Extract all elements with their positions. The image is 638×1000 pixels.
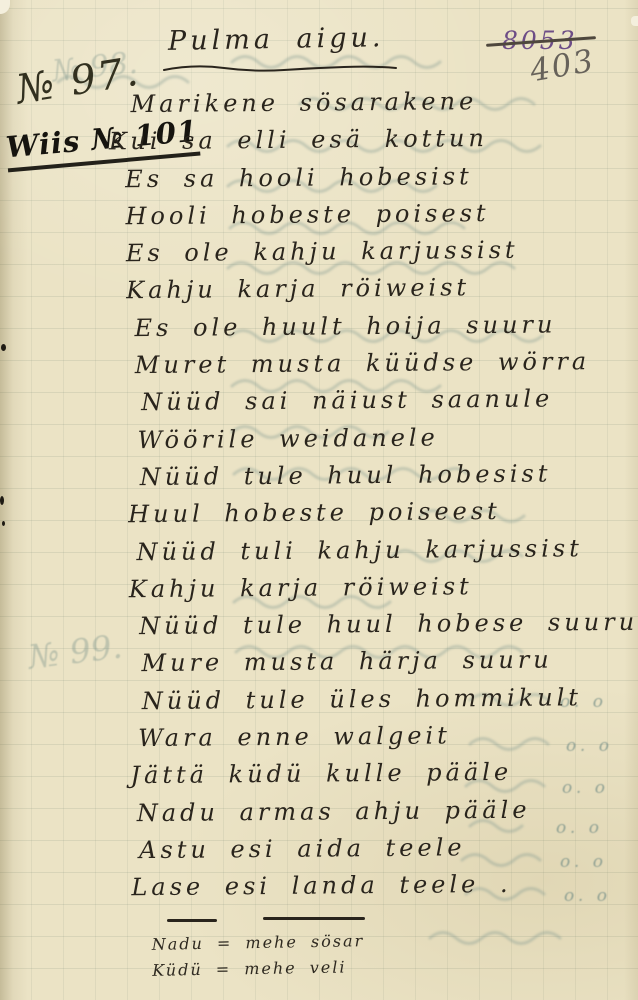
footnote-line: Nadu = mehe sösar bbox=[152, 928, 365, 958]
song-number: № 97. bbox=[13, 49, 143, 114]
poem-line: Nüüd tule huul hobese suuru bbox=[139, 604, 638, 646]
poem-line: Muret musta küüdse wörra bbox=[135, 343, 636, 385]
footnote-line: Küdü = mehe veli bbox=[152, 954, 365, 984]
poem-line: Marikene sösarakene bbox=[130, 82, 633, 124]
poem-line: Jättä küdü kulle pääle bbox=[130, 753, 638, 795]
poem-line: Kui sa elli esä kottun bbox=[109, 119, 634, 161]
paper-nick bbox=[0, 0, 10, 14]
poem-line: Es sa hooli hobesist bbox=[125, 156, 634, 198]
footnote-separator bbox=[263, 917, 365, 920]
poem-line: Nüüd sai näiust saanule bbox=[141, 380, 636, 422]
manuscript-page: o. o o. o o. o o. o o. o o. o № 98. № 99… bbox=[0, 0, 638, 1000]
poem-line: Nadu armas ahju pääle bbox=[137, 790, 638, 832]
footnotes: Nadu = mehe sösar Küdü = mehe veli bbox=[152, 928, 365, 984]
poem-line: Hooli hobeste poisest bbox=[125, 194, 634, 236]
poem-line: Astu esi aida teele bbox=[139, 828, 638, 870]
title-underline bbox=[160, 62, 400, 76]
poem-line: Wara enne walgeit bbox=[138, 716, 638, 758]
poem-line: Kahju karja röiweist bbox=[126, 268, 635, 310]
poem-line: Nüüd tule huul hobesist bbox=[140, 455, 637, 497]
ink-speck bbox=[1, 344, 6, 351]
poem-line: Nüüd tule üles hommikult bbox=[142, 679, 638, 721]
poem-line: Wöörile weidanele bbox=[137, 417, 636, 459]
poem-line: Huul hobeste poiseest bbox=[128, 492, 637, 534]
ghost-song-number-mid: № 99. bbox=[26, 626, 124, 676]
paper-nick bbox=[631, 16, 638, 26]
ink-speck bbox=[2, 521, 5, 526]
poem-line: Mure musta härja suuru bbox=[141, 641, 638, 683]
poem-line: Es ole kahju karjussist bbox=[126, 231, 635, 273]
page-title: Pulma aigu. bbox=[168, 22, 385, 57]
poem-text: Marikene sösarakene Kui sa elli esä kott… bbox=[124, 82, 638, 907]
poem-line: Lase esi landa teele . bbox=[131, 865, 638, 907]
poem-line: Kahju karja röiweist bbox=[129, 567, 638, 609]
footnote-separator bbox=[167, 919, 217, 922]
ink-speck bbox=[0, 496, 4, 505]
poem-line: Nüüd tuli kahju karjussist bbox=[136, 529, 637, 571]
poem-line: Es ole huult hoija suuru bbox=[134, 306, 635, 348]
